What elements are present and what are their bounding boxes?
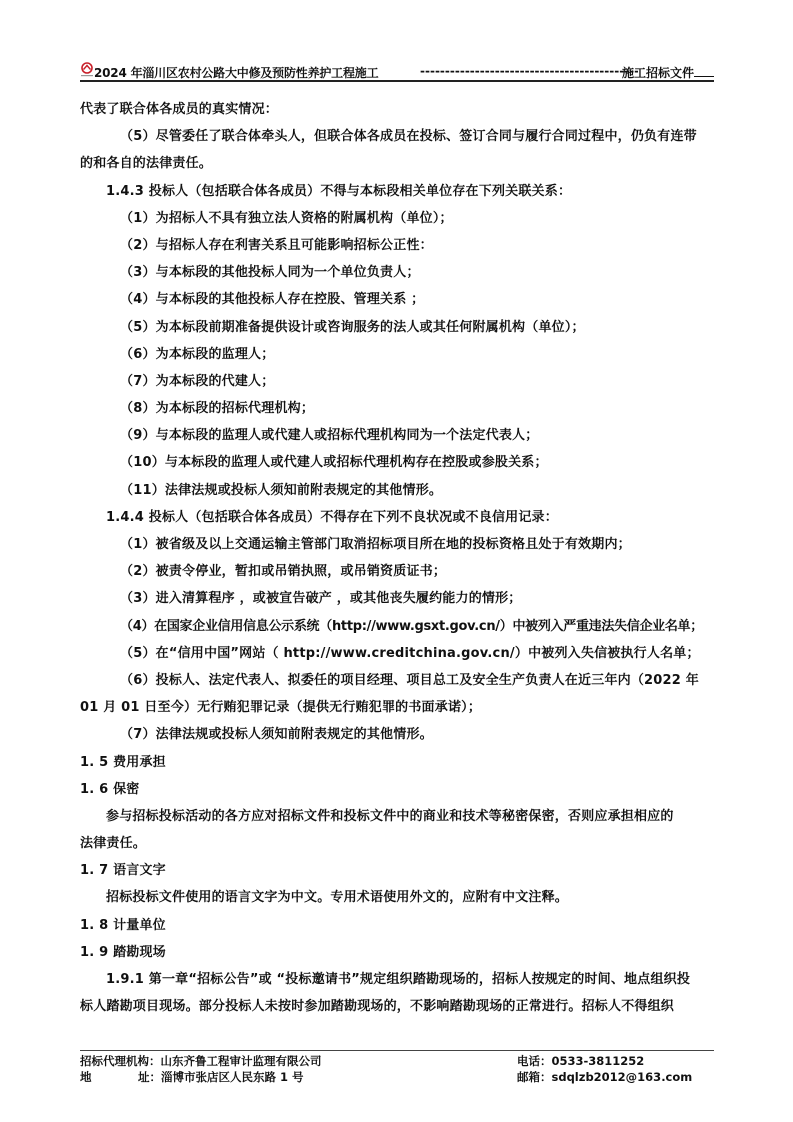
clause-heading: 1.4.3 投标人（包括联合体各成员）不得与本标段相关单位存在下列关联关系： xyxy=(80,178,714,205)
section-heading: 1. 6 保密 xyxy=(80,776,714,803)
list-item: （7）法律法规或投标人须知前附表规定的其他情形。 xyxy=(80,721,714,748)
footer-row-address: 地 址：淄博市张店区人民东路 1 号 邮箱：sdqlzb2012@163.com xyxy=(80,1069,714,1085)
body-line: 法律责任。 xyxy=(80,830,714,857)
list-item: （4）与本标段的其他投标人存在控股、管理关系 ； xyxy=(80,286,714,313)
body-line: 参与招标投标活动的各方应对招标文件和投标文件中的商业和技术等秘密保密，否则应承担… xyxy=(80,803,714,830)
header-doc-type: 施工招标文件 xyxy=(622,64,694,81)
page-header: 2024 年淄川区农村公路大中修及预防性养护工程施工 -------------… xyxy=(80,62,714,80)
list-item: （1）被省级及以上交通运输主管部门取消招标项目所在地的投标资格且处于有效期内； xyxy=(80,531,714,558)
email-label: 邮箱： xyxy=(517,1070,552,1084)
header-divider xyxy=(80,80,714,82)
header-dashes: ----------------------------------------… xyxy=(420,64,638,78)
list-item: （6）为本标段的监理人； xyxy=(80,341,714,368)
header-title: 2024 年淄川区农村公路大中修及预防性养护工程施工 xyxy=(94,64,378,81)
body-line: 的和各自的法律责任。 xyxy=(80,150,714,177)
list-item: （3）与本标段的其他投标人同为一个单位负责人； xyxy=(80,259,714,286)
section-heading: 1. 5 费用承担 xyxy=(80,749,714,776)
body-line: 标人踏勘项目现场。部分投标人未按时参加踏勘现场的，不影响踏勘现场的正常进行。招标… xyxy=(80,993,714,1020)
list-item: （5）在“信用中国”网站（ http://www.creditchina.gov… xyxy=(80,640,714,667)
list-item: （9）与本标段的监理人或代建人或招标代理机构同为一个法定代表人； xyxy=(80,422,714,449)
agency-label: 招标代理机构： xyxy=(80,1054,161,1068)
clause-heading: 1.9.1 第一章“招标公告”或 “投标邀请书”规定组织踏勘现场的，招标人按规定… xyxy=(80,966,714,993)
body-line: 招标投标文件使用的语言文字为中文。专用术语使用外文的，应附有中文注释。 xyxy=(80,884,714,911)
body-line: （5）尽管委任了联合体牵头人，但联合体各成员在投标、签订合同与履行合同过程中，仍… xyxy=(80,123,714,150)
document-body: 代表了联合体各成员的真实情况： （5）尽管委任了联合体牵头人，但联合体各成员在投… xyxy=(80,96,714,1020)
list-item: （10）与本标段的监理人或代建人或招标代理机构存在控股或参股关系； xyxy=(80,449,714,476)
address-label-2: 址： xyxy=(138,1070,161,1084)
footer-row-agency: 招标代理机构：山东齐鲁工程审计监理有限公司 电话：0533-3811252 xyxy=(80,1053,714,1069)
footer-divider xyxy=(80,1050,714,1051)
header-tail-rule xyxy=(694,76,714,77)
agency-value: 山东齐鲁工程审计监理有限公司 xyxy=(161,1054,322,1068)
company-logo-icon xyxy=(80,62,94,78)
list-item: （6）投标人、法定代表人、拟委任的项目经理、项目总工及安全生产负责人在近三年内（… xyxy=(80,667,714,694)
clause-heading: 1.4.4 投标人（包括联合体各成员）不得存在下列不良状况或不良信用记录： xyxy=(80,504,714,531)
phone-value: 0533-3811252 xyxy=(552,1054,645,1068)
list-item: （1）为招标人不具有独立法人资格的附属机构（单位）； xyxy=(80,205,714,232)
body-line: 01 月 01 日至今）无行贿犯罪记录（提供无行贿犯罪的书面承诺）； xyxy=(80,694,714,721)
section-heading: 1. 9 踏勘现场 xyxy=(80,939,714,966)
list-item: （8）为本标段的招标代理机构； xyxy=(80,395,714,422)
section-heading: 1. 7 语言文字 xyxy=(80,857,714,884)
list-item: （2）与招标人存在利害关系且可能影响招标公正性： xyxy=(80,232,714,259)
section-heading: 1. 8 计量单位 xyxy=(80,912,714,939)
list-item: （4）在国家企业信用信息公示系统（http://www.gsxt.gov.cn/… xyxy=(80,613,714,640)
body-line: 代表了联合体各成员的真实情况： xyxy=(80,96,714,123)
phone-label: 电话： xyxy=(517,1054,552,1068)
list-item: （5）为本标段前期准备提供设计或咨询服务的法人或其任何附属机构（单位）； xyxy=(80,314,714,341)
email-value: sdqlzb2012@163.com xyxy=(552,1070,693,1084)
address-label-1: 地 xyxy=(80,1069,92,1085)
list-item: （2）被责令停业，暂扣或吊销执照，或吊销资质证书； xyxy=(80,558,714,585)
list-item: （7）为本标段的代建人； xyxy=(80,368,714,395)
page-footer: 招标代理机构：山东齐鲁工程审计监理有限公司 电话：0533-3811252 地 … xyxy=(80,1053,714,1085)
address-value: 淄博市张店区人民东路 1 号 xyxy=(161,1070,304,1084)
list-item: （3）进入清算程序 ，或被宣告破产 ，或其他丧失履约能力的情形； xyxy=(80,585,714,612)
list-item: （11）法律法规或投标人须知前附表规定的其他情形。 xyxy=(80,477,714,504)
